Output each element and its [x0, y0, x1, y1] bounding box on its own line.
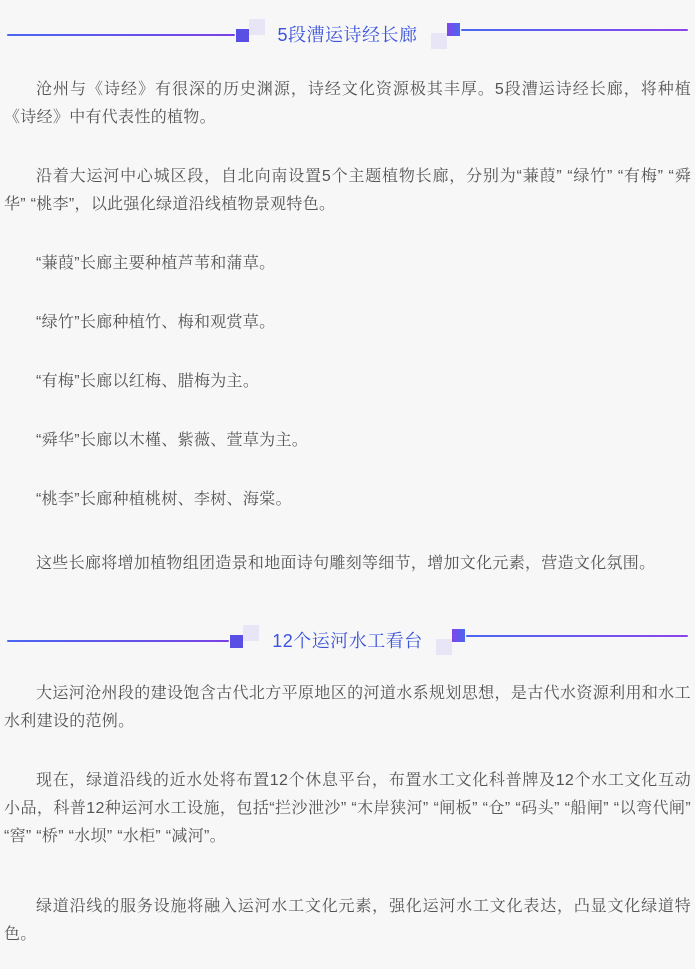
paragraph: “桃李”长廊种植桃树、李树、海棠。	[4, 486, 691, 514]
paragraph: 这些长廊将增加植物组团造景和地面诗句雕刻等细节，增加文化元素，营造文化氛围。	[4, 550, 691, 578]
solid-square-icon	[230, 635, 243, 648]
header-ornament-right	[436, 625, 466, 655]
paragraph: 沿着大运河中心城区段，自北向南设置5个主题植物长廊，分别为“蒹葭” “绿竹” “…	[4, 163, 691, 219]
solid-square-icon	[236, 29, 249, 42]
paragraph: 沧州与《诗经》有很深的历史渊源，诗经文化资源极其丰厚。5段漕运诗经长廊，将种植《…	[4, 76, 691, 132]
section-header-2: 12个运河水工看台	[7, 622, 688, 658]
light-square-icon	[431, 33, 447, 49]
light-square-icon	[436, 639, 452, 655]
paragraph: 大运河沧州段的建设饱含古代北方平原地区的河道水系规划思想，是古代水资源利用和水工…	[4, 680, 691, 736]
article-page: 5段漕运诗经长廊 沧州与《诗经》有很深的历史渊源，诗经文化资源极其丰厚。5段漕运…	[0, 0, 695, 969]
solid-square-icon	[447, 23, 460, 36]
header-line-right	[461, 29, 689, 31]
paragraph: “有梅”长廊以红梅、腊梅为主。	[4, 368, 691, 396]
header-line-left	[7, 640, 229, 642]
light-square-icon	[249, 19, 265, 35]
header-line-right	[466, 635, 688, 637]
paragraph: 现在，绿道沿线的近水处将布置12个休息平台，布置水工文化科普牌及12个水工文化互…	[4, 767, 691, 851]
header-ornament-left	[229, 625, 259, 655]
section-header-1: 5段漕运诗经长廊	[7, 16, 688, 52]
section-title-1: 5段漕运诗经长廊	[265, 21, 431, 47]
light-square-icon	[243, 625, 259, 641]
paragraph: “绿竹”长廊种植竹、梅和观赏草。	[4, 309, 691, 337]
paragraph: “蒹葭”长廊主要种植芦苇和蒲草。	[4, 250, 691, 278]
header-ornament-left	[235, 19, 265, 49]
header-ornament-right	[431, 19, 461, 49]
paragraph: “舜华”长廊以木槿、紫薇、萱草为主。	[4, 427, 691, 455]
section-title-2: 12个运河水工看台	[259, 627, 436, 653]
solid-square-icon	[452, 629, 465, 642]
paragraph: 绿道沿线的服务设施将融入运河水工文化元素，强化运河水工文化表达，凸显文化绿道特色…	[4, 893, 691, 949]
header-line-left	[7, 34, 235, 36]
